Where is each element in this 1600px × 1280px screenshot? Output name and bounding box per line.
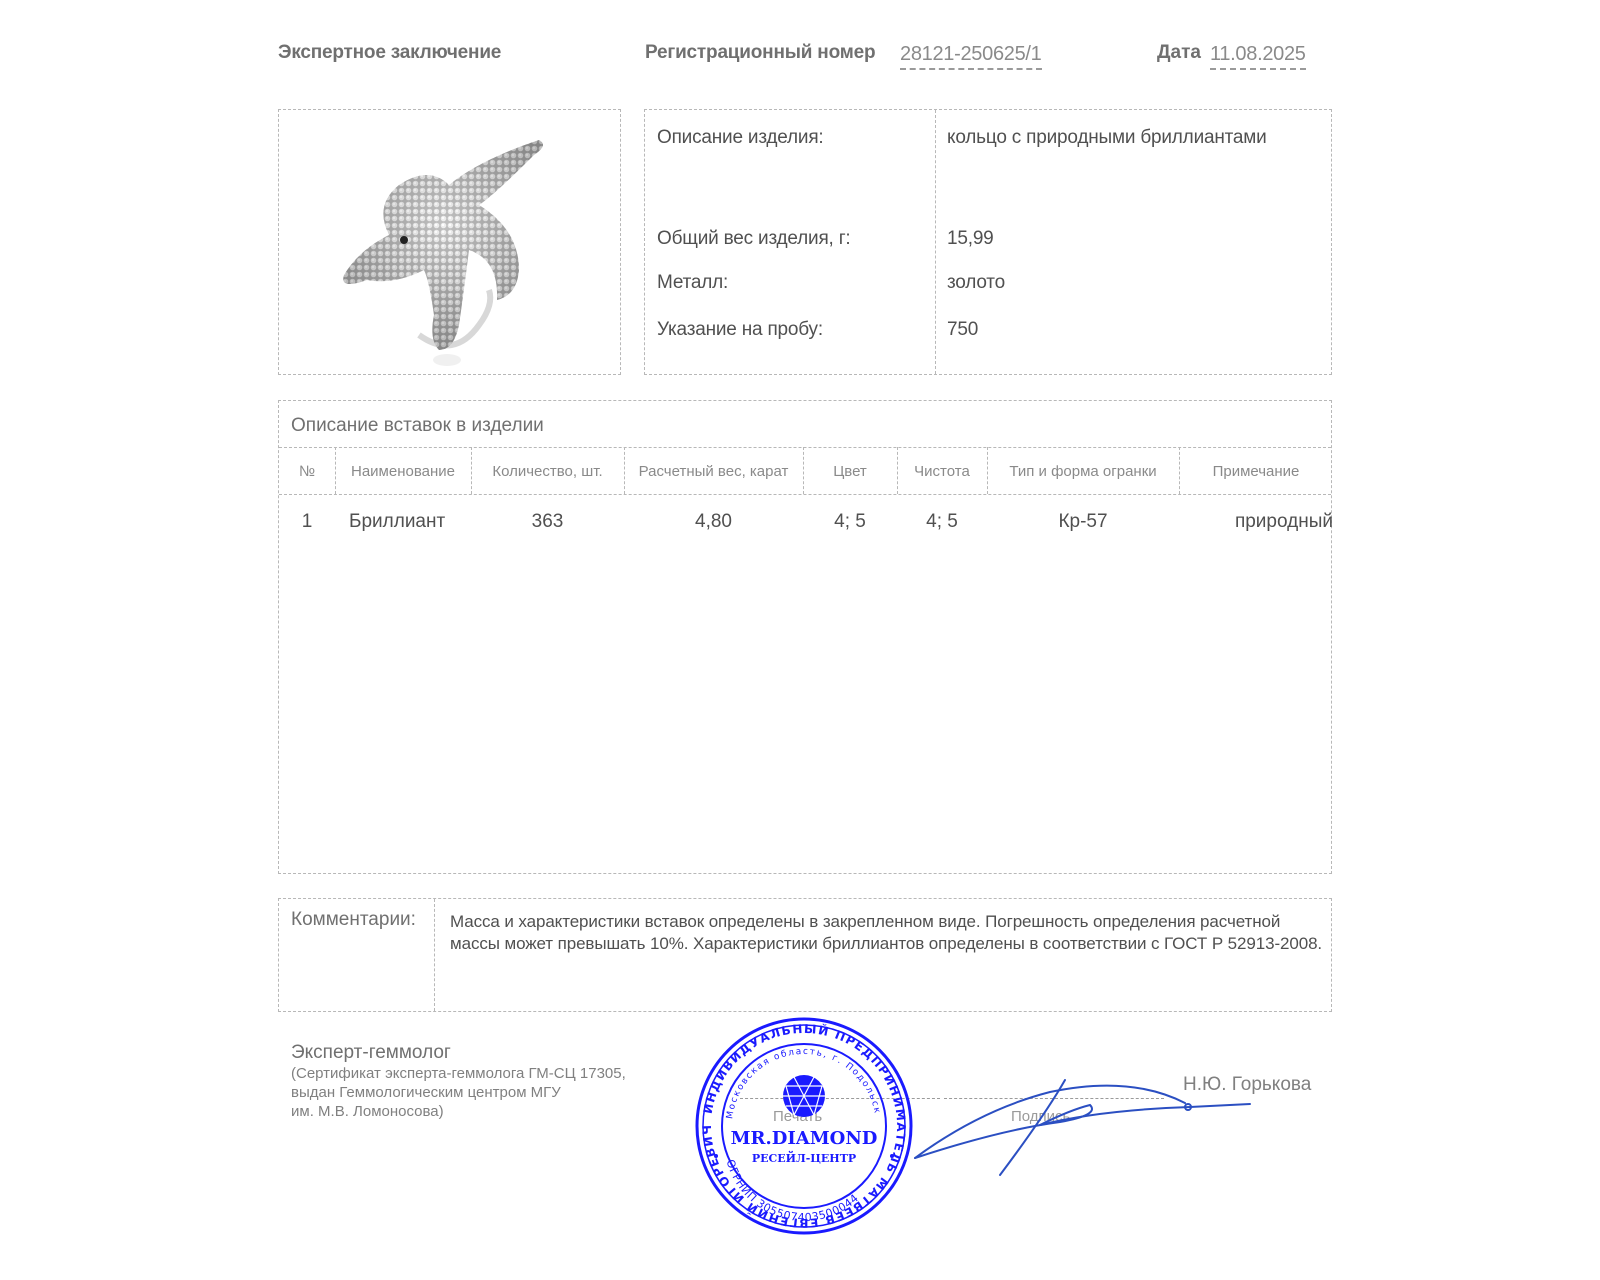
- column-header-number: №: [279, 463, 335, 480]
- comments-section: Комментарии: Масса и характеристики вста…: [278, 898, 1332, 1012]
- column-header-weight: Расчетный вес, карат: [624, 463, 803, 480]
- column-divider: [935, 110, 936, 374]
- stamp-brand-sub: РЕСЕЙЛ-ЦЕНТР: [752, 1150, 856, 1165]
- document-title: Экспертное заключение: [278, 42, 501, 64]
- cell-clarity: 4; 5: [897, 511, 987, 533]
- metal-value: золото: [947, 272, 1005, 294]
- handwritten-signature: [900, 1070, 1260, 1180]
- diamond-icon: [783, 1075, 825, 1117]
- column-divider: [434, 899, 435, 1011]
- cell-quantity: 363: [471, 511, 624, 533]
- total-weight-label: Общий вес изделия, г:: [657, 228, 851, 250]
- registration-number-label: Регистрационный номер: [645, 42, 875, 64]
- divider: [279, 494, 1331, 495]
- item-description-table: Описание изделия: кольцо с природными бр…: [644, 109, 1332, 375]
- divider: [279, 447, 1331, 448]
- column-header-cut: Тип и форма огранки: [987, 463, 1179, 480]
- expert-title: Эксперт-геммолог: [291, 1042, 451, 1064]
- hallmark-label: Указание на пробу:: [657, 319, 823, 341]
- column-header-clarity: Чистота: [897, 463, 987, 480]
- stamp-brand: MR.DIAMOND: [731, 1128, 878, 1149]
- cell-cut: Кр-57: [987, 511, 1179, 533]
- description-value: кольцо с природными бриллиантами: [947, 127, 1267, 149]
- column-header-quantity: Количество, шт.: [471, 463, 624, 480]
- expert-credentials: (Сертификат эксперта-геммолога ГМ-СЦ 173…: [291, 1064, 671, 1121]
- comments-text: Масса и характеристики вставок определен…: [450, 911, 1325, 955]
- date-value: 11.08.2025: [1210, 43, 1306, 70]
- column-header-note: Примечание: [1179, 463, 1333, 480]
- registration-number-value: 28121-250625/1: [900, 43, 1042, 70]
- cell-note: природный: [1179, 511, 1333, 533]
- comments-label: Комментарии:: [291, 909, 416, 931]
- metal-label: Металл:: [657, 272, 728, 294]
- credential-line: им. М.В. Ломоносова): [291, 1102, 671, 1121]
- column-header-color: Цвет: [803, 463, 897, 480]
- credential-line: (Сертификат эксперта-геммолога ГМ-СЦ 173…: [291, 1064, 671, 1083]
- cell-name: Бриллиант: [349, 511, 445, 533]
- hallmark-value: 750: [947, 319, 978, 341]
- date-label: Дата: [1157, 42, 1201, 64]
- cell-number: 1: [279, 511, 335, 533]
- cell-weight: 4,80: [624, 511, 803, 533]
- description-label: Описание изделия:: [657, 127, 824, 149]
- total-weight-value: 15,99: [947, 228, 994, 250]
- company-stamp: ИНДИВИДУАЛЬНЫЙ ПРЕДПРИНИМАТЕЛЬ МАТВЕЕВ Е…: [694, 1016, 914, 1236]
- cell-color: 4; 5: [803, 511, 897, 533]
- column-header-name: Наименование: [335, 463, 471, 480]
- ring-photo: [279, 110, 619, 373]
- item-photo-frame: [278, 109, 621, 375]
- inserts-title: Описание вставок в изделии: [291, 415, 544, 437]
- inserts-table: Описание вставок в изделии № Наименовани…: [278, 400, 1332, 874]
- credential-line: выдан Геммологическим центром МГУ: [291, 1083, 671, 1102]
